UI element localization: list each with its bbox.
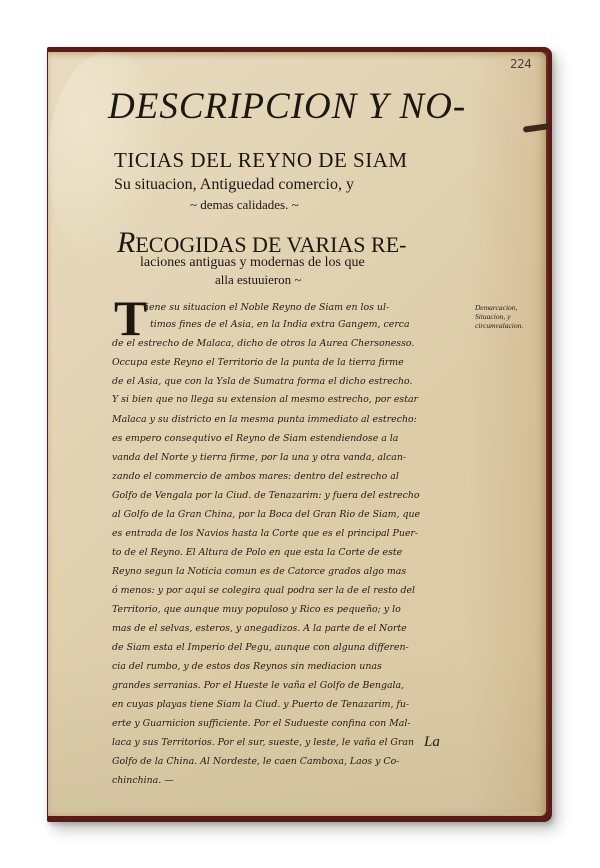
body-line: Golfo de Vengala por la Ciud. de Tenazar…: [112, 486, 420, 505]
body-line: chinchina. —: [112, 771, 174, 790]
body-line: de el estrecho de Malaca, dicho de otros…: [112, 334, 414, 353]
title-line-3-rest: ECOGIDAS DE VARIAS RE-: [135, 232, 406, 257]
title-line-3-initial: R: [117, 226, 135, 259]
folio-number: 224: [510, 57, 531, 71]
subtitle-line-1: Su situacion, Antiguedad comercio, y: [114, 176, 354, 194]
body-line: al Golfo de la Gran China, por la Boca d…: [112, 505, 420, 524]
body-line: mas de el selvas, esteros, y anegadizos.…: [112, 619, 407, 638]
edge-foxing: [468, 52, 548, 812]
body-line: Occupa este Reyno el Territorio de la pu…: [112, 353, 404, 372]
subtitle-line-4: alla estuuieron ~: [215, 272, 301, 288]
marginal-note: Demarcacion, Situacion, y circumvalacion…: [475, 303, 545, 330]
body-line: en cuyas playas tiene Siam la Ciud. y Pu…: [112, 695, 409, 714]
body-line: de el Asia, que con la Ysla de Sumatra f…: [112, 372, 413, 391]
body-line: laca y sus Territorios. Por el sur, sues…: [112, 733, 414, 752]
body-line: to de el Reyno. El Altura de Polo en que…: [112, 543, 402, 562]
body-line: Territorio, que aunque muy populoso y Ri…: [112, 600, 401, 619]
body-line: vanda del Norte y tierra firme, por la u…: [112, 448, 406, 467]
body-line: es entrada de los Navios hasta la Corte …: [112, 524, 418, 543]
body-line: timos fines de el Asia, en la India extr…: [150, 315, 410, 334]
body-line: Reyno segun la Noticia comun es de Cator…: [112, 562, 406, 581]
body-line: es empero consequtivo el Reyno de Siam e…: [112, 429, 398, 448]
title-line-2: TICIAS DEL REYNO DE SIAM: [114, 148, 408, 173]
body-line: erte y Guarnicion sufficiente. Por el Su…: [112, 714, 411, 733]
body-line: de Siam esta el Imperio del Pegu, aunque…: [112, 638, 409, 657]
body-line: Y si bien que no llega su extension al m…: [112, 390, 418, 409]
body-line: grandes serranias. Por el Hueste le vaña…: [112, 676, 404, 695]
body-line: zando el commercio de ambos mares: dentr…: [112, 467, 399, 486]
body-line: cia del rumbo, y de estos dos Reynos sin…: [112, 657, 382, 676]
subtitle-line-3: laciones antiguas y modernas de los que: [140, 255, 365, 271]
title-line-1: DESCRIPCION Y NO-: [108, 88, 466, 125]
catchword: La: [424, 734, 440, 751]
subtitle-line-2: ~ demas calidades. ~: [190, 197, 299, 213]
body-line: Golfo de la China. Al Nordeste, le caen …: [112, 752, 399, 771]
body-line: Malaca y su districto en la mesma punta …: [112, 410, 417, 429]
body-line: ó menos: y por aqui se colegira qual pod…: [112, 581, 415, 600]
